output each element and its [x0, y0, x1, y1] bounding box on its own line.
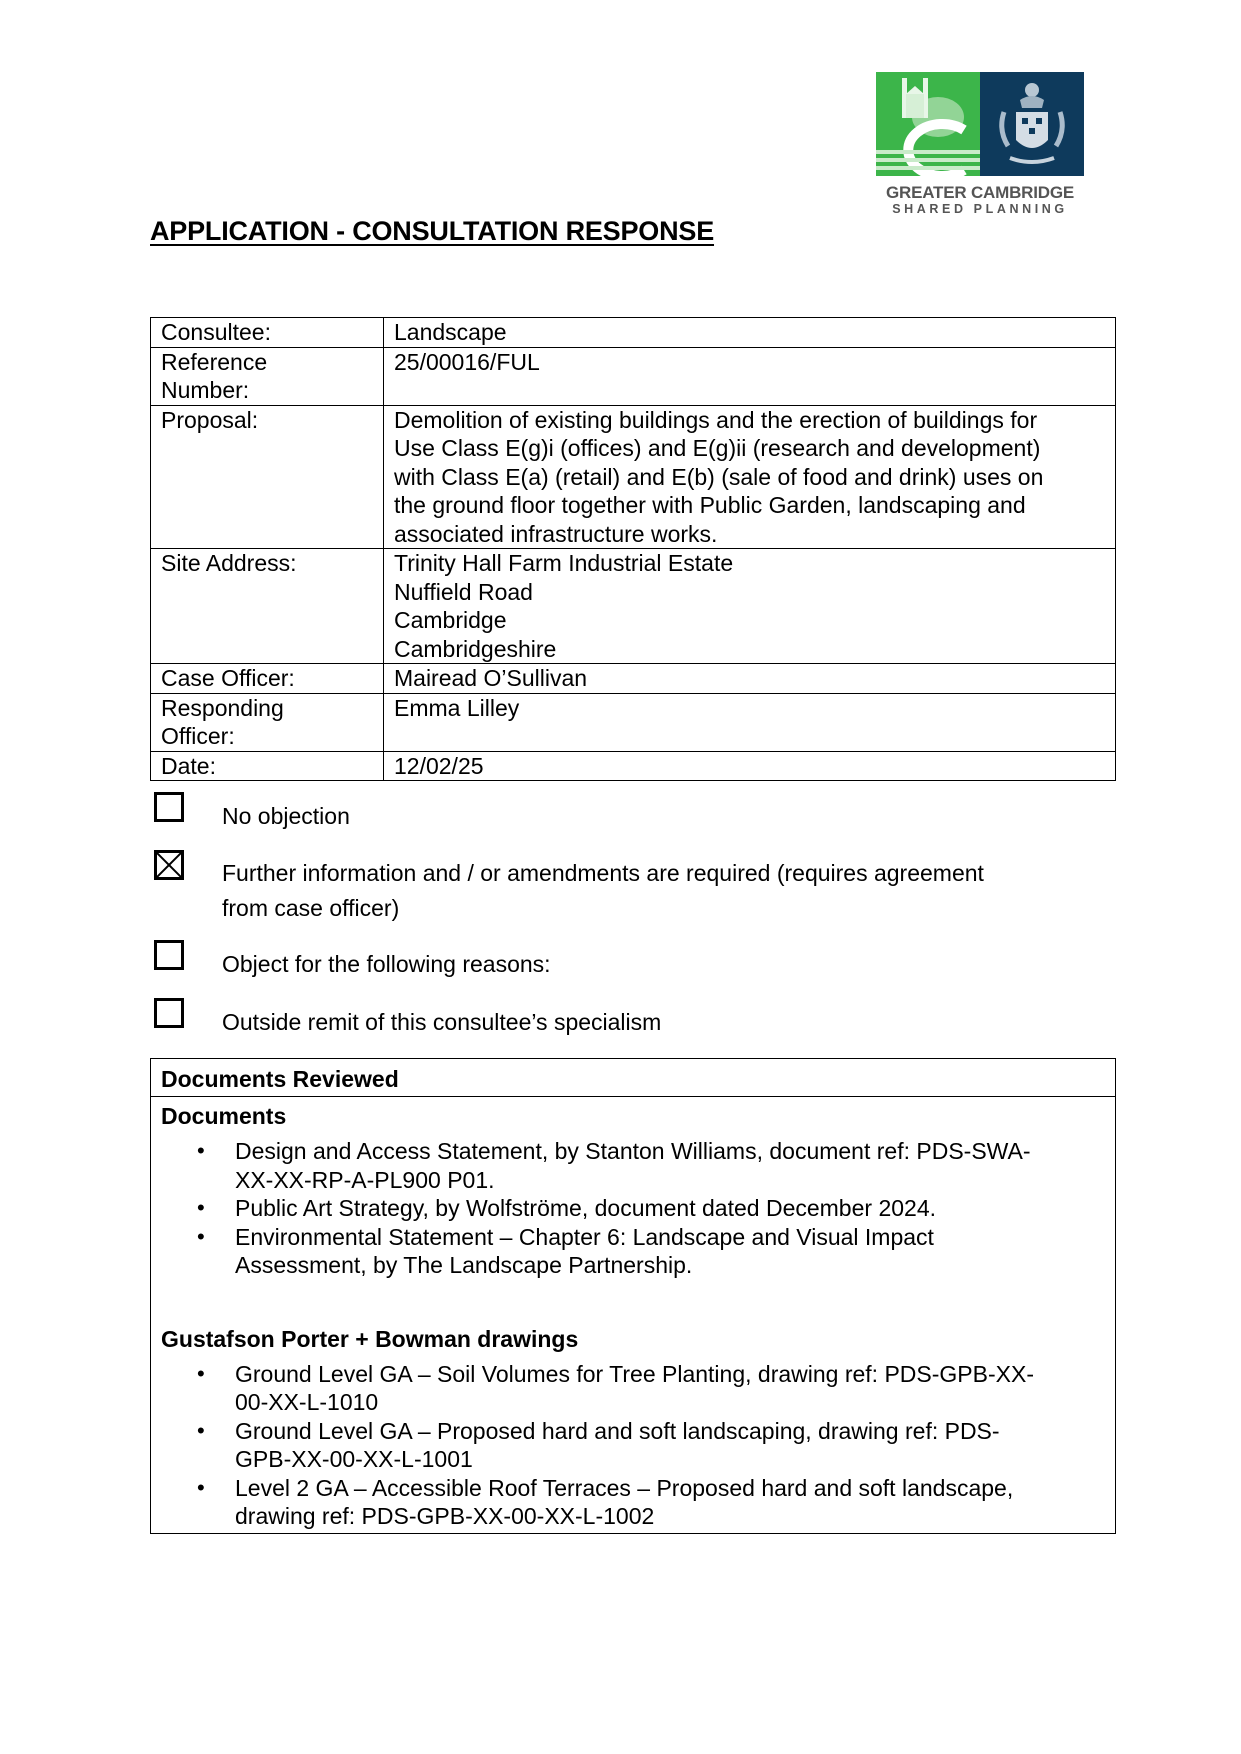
documents-reviewed-table: Documents Reviewed Documents Design and …: [150, 1058, 1116, 1534]
list-item-line: Public Art Strategy, by Wolfströme, docu…: [235, 1194, 1097, 1223]
coat-of-arms-icon: [980, 72, 1084, 176]
list-item-line: GPB-XX-00-XX-L-1001: [235, 1445, 1097, 1474]
option-label-line: from case officer): [222, 891, 984, 926]
row-consultee: Consultee: Landscape: [151, 318, 1116, 348]
address-line: Cambridgeshire: [394, 635, 1105, 664]
list-item: Level 2 GA – Accessible Roof Terraces – …: [235, 1474, 1105, 1531]
proposal-line: associated infrastructure works.: [394, 520, 1105, 549]
label-line: Officer:: [161, 722, 373, 751]
checked-x-icon: [157, 853, 181, 877]
row-reference-number: Reference Number: 25/00016/FUL: [151, 347, 1116, 405]
list-item: Environmental Statement – Chapter 6: Lan…: [235, 1223, 1105, 1280]
list-item-line: Level 2 GA – Accessible Roof Terraces – …: [235, 1474, 1097, 1503]
section-heading-gpb-drawings: Gustafson Porter + Bowman drawings: [161, 1324, 1105, 1354]
checkbox-no-objection[interactable]: [154, 792, 184, 822]
section-heading-documents: Documents: [161, 1101, 1105, 1131]
page-title: APPLICATION - CONSULTATION RESPONSE: [150, 216, 714, 247]
proposal-line: Use Class E(g)i (offices) and E(g)ii (re…: [394, 434, 1105, 463]
drawings-list: Ground Level GA – Soil Volumes for Tree …: [161, 1360, 1105, 1531]
documents-list: Design and Access Statement, by Stanton …: [161, 1137, 1105, 1280]
option-label: Outside remit of this consultee’s specia…: [222, 1004, 661, 1040]
responding-officer-value: Emma Lilley: [384, 693, 1116, 751]
row-date: Date: 12/02/25: [151, 751, 1116, 781]
logo-text-greater-cambridge: GREATER CAMBRIDGE: [876, 184, 1084, 202]
list-item-line: 00-XX-L-1010: [235, 1388, 1097, 1417]
address-line: Trinity Hall Farm Industrial Estate: [394, 549, 1105, 578]
checkbox-further-information[interactable]: [154, 850, 184, 880]
list-item-line: Ground Level GA – Proposed hard and soft…: [235, 1417, 1097, 1446]
list-item: Design and Access Statement, by Stanton …: [235, 1137, 1105, 1194]
greater-cambridge-shared-planning-logo: GREATER CAMBRIDGE SHARED PLANNING: [876, 72, 1084, 216]
label-line: Responding: [161, 694, 373, 723]
address-line: Cambridge: [394, 606, 1105, 635]
list-item-line: XX-XX-RP-A-PL900 P01.: [235, 1166, 1097, 1195]
logo-text-shared-planning: SHARED PLANNING: [876, 202, 1084, 216]
checkbox-outside-remit[interactable]: [154, 998, 184, 1028]
case-officer-value: Mairead O’Sullivan: [384, 664, 1116, 694]
list-item-line: Ground Level GA – Soil Volumes for Tree …: [235, 1360, 1097, 1389]
consultee-value: Landscape: [384, 318, 1116, 348]
date-label: Date:: [151, 751, 384, 781]
case-officer-label: Case Officer:: [151, 664, 384, 694]
option-label-line: Further information and / or amendments …: [222, 856, 984, 891]
row-responding-officer: Responding Officer: Emma Lilley: [151, 693, 1116, 751]
proposal-value: Demolition of existing buildings and the…: [384, 405, 1116, 549]
list-item-line: drawing ref: PDS-GPB-XX-00-XX-L-1002: [235, 1502, 1097, 1531]
list-item: Public Art Strategy, by Wolfströme, docu…: [235, 1194, 1105, 1223]
documents-reviewed-body: Documents Design and Access Statement, b…: [151, 1101, 1115, 1533]
proposal-line: Demolition of existing buildings and the…: [394, 406, 1105, 435]
option-label: No objection: [222, 798, 350, 834]
label-line: Number:: [161, 376, 373, 405]
row-site-address: Site Address: Trinity Hall Farm Industri…: [151, 549, 1116, 664]
spacer: [161, 1280, 1105, 1320]
list-item: Ground Level GA – Proposed hard and soft…: [235, 1417, 1105, 1474]
consultee-label: Consultee:: [151, 318, 384, 348]
row-proposal: Proposal: Demolition of existing buildin…: [151, 405, 1116, 549]
responding-officer-label: Responding Officer:: [151, 693, 384, 751]
proposal-line: with Class E(a) (retail) and E(b) (sale …: [394, 463, 1105, 492]
logo-mark: [876, 72, 1084, 176]
checkbox-object[interactable]: [154, 940, 184, 970]
date-value: 12/02/25: [384, 751, 1116, 781]
label-line: Reference: [161, 348, 373, 377]
list-item-line: Assessment, by The Landscape Partnership…: [235, 1251, 1097, 1280]
proposal-line: the ground floor together with Public Ga…: [394, 491, 1105, 520]
row-case-officer: Case Officer: Mairead O’Sullivan: [151, 664, 1116, 694]
proposal-label: Proposal:: [151, 405, 384, 549]
list-item-line: Design and Access Statement, by Stanton …: [235, 1137, 1097, 1166]
documents-reviewed-heading: Documents Reviewed: [151, 1059, 1115, 1097]
site-address-value: Trinity Hall Farm Industrial Estate Nuff…: [384, 549, 1116, 664]
option-label: Object for the following reasons:: [222, 946, 551, 982]
list-item: Ground Level GA – Soil Volumes for Tree …: [235, 1360, 1105, 1417]
application-info-table: Consultee: Landscape Reference Number: 2…: [150, 317, 1116, 781]
option-label: Further information and / or amendments …: [222, 856, 984, 926]
reference-number-value: 25/00016/FUL: [384, 347, 1116, 405]
list-item-line: Environmental Statement – Chapter 6: Lan…: [235, 1223, 1097, 1252]
address-line: Nuffield Road: [394, 578, 1105, 607]
kings-college-chapel-icon: [876, 72, 980, 176]
reference-number-label: Reference Number:: [151, 347, 384, 405]
site-address-label: Site Address:: [151, 549, 384, 664]
